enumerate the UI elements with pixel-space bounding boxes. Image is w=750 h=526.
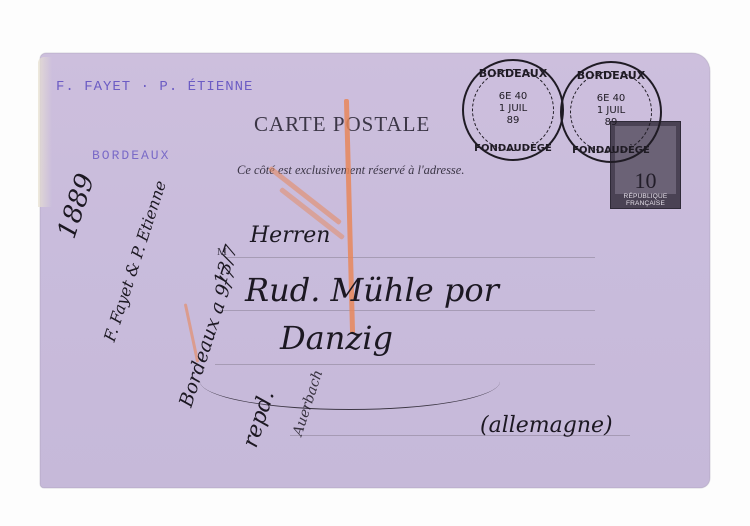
postmark-year: 89 [464,115,562,127]
address-line-2 [220,310,595,311]
postmark-bottom-text: FONDAUDÈGE [562,145,660,156]
postmark-date: 1 JUIL [562,105,660,117]
postmark-1: BORDEAUX 6E 40 1 JUIL 89 FONDAUDÈGE [462,59,564,161]
stamp-value: 10 [611,168,680,194]
stamp-country: RÉPUBLIQUE FRANÇAISE [611,193,680,207]
address-recipient-title: Herren [250,223,330,248]
postmark-bottom-text: FONDAUDÈGE [464,143,562,154]
postmark-date-block: 6E 40 1 JUIL 89 [464,91,562,127]
postcard: F. FAYET · P. ÉTIENNE BORDEAUX CARTE POS… [40,53,710,488]
sender-stamp: F. FAYET · P. ÉTIENNE [56,79,253,95]
note-sender: F. Fayet & P. Etienne [100,178,170,344]
postmark-time: 6E 40 [562,93,660,105]
postmark-top-text: BORDEAUX [464,67,562,80]
address-flourish [200,353,500,410]
postmark-time: 6E 40 [464,91,562,103]
note-year: 1889 [52,170,101,242]
card-title: CARTE POSTALE [254,112,430,137]
postmark-top-text: BORDEAUX [562,69,660,82]
address-line-1 [225,257,595,258]
postmark-date-block: 6E 40 1 JUIL 89 [562,93,660,129]
postmark-year: 89 [562,117,660,129]
address-city: Danzig [280,319,393,357]
city-stamp: BORDEAUX [92,148,170,163]
postmark-date: 1 JUIL [464,103,562,115]
address-country: (allemagne) [480,413,613,438]
postmark-2: BORDEAUX 6E 40 1 JUIL 89 FONDAUDÈGE [560,61,662,163]
address-recipient-name: Rud. Mühle por [245,271,499,309]
